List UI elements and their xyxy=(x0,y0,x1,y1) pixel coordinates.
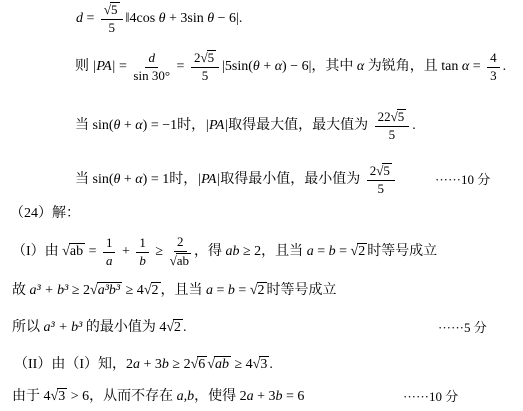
var-alpha: α xyxy=(357,59,364,76)
math-line-4: 当 sin(θ + α) = 1时，|PA|取得最小值，最小值为 2√55 ··… xyxy=(0,158,523,202)
score-mark: ······10 分 xyxy=(403,389,458,405)
cn-text: 时等号成立 xyxy=(267,283,337,300)
radicand: 2 xyxy=(173,319,183,337)
var-b: b xyxy=(276,389,283,406)
var-theta: θ xyxy=(159,11,166,28)
score-mark: ······10 分 xyxy=(435,172,490,188)
var-theta: θ xyxy=(253,59,260,76)
radicand: 3 xyxy=(259,356,269,374)
math-text: ≥ 2 xyxy=(68,283,90,300)
cn-text: 当 sin( xyxy=(75,118,114,135)
math-text: + xyxy=(118,244,133,261)
cn-text: （24）解： xyxy=(10,206,80,223)
radicand: 5 xyxy=(397,109,407,125)
numerator: 4 xyxy=(487,51,500,68)
math-text: ‖4cos xyxy=(126,11,159,28)
numerator: 2√5 xyxy=(191,50,219,68)
denominator: 5 xyxy=(389,127,396,143)
math-text: = xyxy=(235,283,250,300)
math-text: + xyxy=(120,172,135,189)
cn-text: ，其中 xyxy=(311,59,357,76)
radicand: 5 xyxy=(382,163,392,179)
cn-text: 的最小值为 4 xyxy=(82,320,166,337)
math-text: = xyxy=(116,59,131,76)
var-a: a xyxy=(133,357,140,374)
cn-text: 为锐角，且 tan xyxy=(364,59,462,76)
cn-text: ，得 xyxy=(194,244,226,261)
cn-text: ) = 1时， xyxy=(143,172,198,189)
denominator: 5 xyxy=(378,181,385,197)
fraction: 2√ab xyxy=(170,235,191,269)
numerator: √5 xyxy=(101,2,123,20)
var-b: b xyxy=(329,244,336,261)
fraction: dsin 30° xyxy=(133,51,170,84)
denominator: 5 xyxy=(108,20,115,36)
numerator: 22√5 xyxy=(375,109,410,127)
cn-text: > 6，从而不存在 xyxy=(67,389,176,406)
radicand: 2 xyxy=(151,282,161,300)
var-b: b xyxy=(228,283,235,300)
math-text: = xyxy=(173,59,188,76)
radicand: 2 xyxy=(257,282,267,300)
denominator: b xyxy=(139,253,146,269)
math-text: = 6 xyxy=(283,389,305,406)
cn-text: 所以 xyxy=(12,320,44,337)
coefficient: 22 xyxy=(378,110,391,125)
solution-label: （24）解： xyxy=(0,204,523,224)
cn-text: 当 sin( xyxy=(75,172,114,189)
math-text: + 3sin xyxy=(166,11,208,28)
radicand: a³b³ xyxy=(97,282,122,300)
fraction: 2√55 xyxy=(191,50,219,84)
var-theta: θ xyxy=(207,11,214,28)
sqrt: √a³b³ xyxy=(90,282,122,300)
var-ab: ab xyxy=(226,244,240,261)
radicand: ab xyxy=(176,253,191,269)
math-text: + 3 xyxy=(254,389,276,406)
fraction: √55 xyxy=(101,2,123,36)
math-text: = xyxy=(85,244,100,261)
var-ab: a,b xyxy=(177,389,195,406)
math-text: . xyxy=(183,320,187,337)
fraction: 1a xyxy=(103,236,116,269)
sqrt: √3 xyxy=(51,388,68,406)
score-mark: ······5 分 xyxy=(438,320,487,336)
math-line-3: 当 sin(θ + α) = −1时，|PA|取得最大值，最大值为 22√55. xyxy=(0,104,523,148)
math-text: ≥ 4 xyxy=(231,357,253,374)
math-text: ≥ 2 xyxy=(169,357,191,374)
denominator: sin 30° xyxy=(133,68,170,84)
fraction: 22√55 xyxy=(375,109,410,143)
math-line-10: 由于 4√3 > 6，从而不存在 a,b，使得 2a + 3b = 6 ····… xyxy=(0,384,523,410)
cn-text: 取得最小值，最小值为 xyxy=(220,172,364,189)
math-line-6: （I）由 √ab = 1a + 1b ≥ 2√ab，得 ab ≥ 2，且当 a … xyxy=(0,229,523,275)
radicand: 5 xyxy=(110,2,120,18)
numerator: 2√5 xyxy=(367,163,395,181)
numerator: 1 xyxy=(136,236,149,253)
math-text: . xyxy=(412,118,416,135)
math-text: = xyxy=(336,244,351,261)
cn-text: （I）由 xyxy=(12,244,62,261)
numerator: d xyxy=(145,51,158,68)
math-text: + xyxy=(120,118,135,135)
denominator: a xyxy=(106,253,113,269)
var-a: a xyxy=(307,244,314,261)
math-line-1: d = √55‖4cos θ + 3sin θ − 6|. xyxy=(0,0,523,38)
expr-a3-b3: a³ + b³ xyxy=(30,283,69,300)
math-text: ≥ xyxy=(152,244,167,261)
var-a: a xyxy=(206,283,213,300)
sqrt: √6 xyxy=(191,356,208,374)
fraction: 1b xyxy=(136,236,149,269)
math-text: ) − 6| xyxy=(282,59,311,76)
var-alpha: α xyxy=(135,118,142,135)
math-line-8: 所以 a³ + b³ 的最小值为 4√2. ······5 分 xyxy=(0,315,523,341)
math-text: + 3 xyxy=(140,357,162,374)
math-text: . xyxy=(503,59,507,76)
math-text: = xyxy=(213,283,228,300)
sqrt: √2 xyxy=(351,243,368,261)
cn-text: ，且当 xyxy=(161,283,207,300)
document-page: d = √55‖4cos θ + 3sin θ − 6|. 则 |PA| = d… xyxy=(0,0,523,411)
math-text: . xyxy=(269,357,273,374)
denominator: 3 xyxy=(490,68,497,84)
sqrt: √2 xyxy=(166,319,183,337)
sqrt: √ab xyxy=(62,243,85,261)
denominator: 5 xyxy=(202,68,209,84)
cn-text: ≥ 2，且当 xyxy=(240,244,307,261)
radicand: ab xyxy=(69,243,85,261)
cn-text: 由于 4 xyxy=(12,389,51,406)
radicand: 5 xyxy=(207,50,217,66)
radicand: 3 xyxy=(57,388,67,406)
numerator: 2 xyxy=(174,235,187,252)
math-text: |5sin( xyxy=(222,59,253,76)
numerator: 1 xyxy=(103,236,116,253)
fraction: 2√55 xyxy=(367,163,395,197)
radicand: 2 xyxy=(357,243,367,261)
cn-text: ) = −1时， xyxy=(143,118,205,135)
denominator: √ab xyxy=(170,252,191,269)
radicand: 6 xyxy=(197,356,207,374)
var-alpha: α xyxy=(275,59,282,76)
math-text: = xyxy=(83,11,98,28)
math-text: = xyxy=(469,59,484,76)
sqrt: √2 xyxy=(144,282,161,300)
math-line-7: 故 a³ + b³ ≥ 2√a³b³ ≥ 4√2，且当 a = b = √2时等… xyxy=(0,278,523,304)
var-PA: |PA| xyxy=(197,172,220,189)
sqrt: √ab xyxy=(207,356,231,374)
math-text: ≥ 4 xyxy=(122,283,144,300)
expr-a3-b3: a³ + b³ xyxy=(44,320,83,337)
cn-text: 时等号成立 xyxy=(367,244,437,261)
sqrt: √2 xyxy=(250,282,267,300)
var-alpha: α xyxy=(462,59,469,76)
math-text: + xyxy=(260,59,275,76)
math-line-9: （II）由（I）知，2a + 3b ≥ 2√6√ab ≥ 4√3. xyxy=(0,352,523,378)
var-PA: |PA| xyxy=(93,59,116,76)
var-d: d xyxy=(148,51,155,66)
var-b: b xyxy=(162,357,169,374)
cn-text: 故 xyxy=(12,283,30,300)
radicand: ab xyxy=(214,356,231,374)
var-PA: |PA| xyxy=(205,118,228,135)
var-theta: θ xyxy=(114,118,121,135)
fraction: 43 xyxy=(487,51,500,84)
var-alpha: α xyxy=(135,172,142,189)
cn-text: 则 xyxy=(75,59,93,76)
var-d: d xyxy=(76,11,83,28)
var-a: a xyxy=(247,389,254,406)
math-text: = xyxy=(314,244,329,261)
math-text: − 6|. xyxy=(214,11,242,28)
cn-text: （II）由（I）知，2 xyxy=(14,357,133,374)
cn-text: 取得最大值，最大值为 xyxy=(228,118,372,135)
cn-text: ，使得 2 xyxy=(194,389,247,406)
sqrt: √3 xyxy=(253,356,270,374)
var-theta: θ xyxy=(114,172,121,189)
math-line-2: 则 |PA| = dsin 30° = 2√55|5sin(θ + α) − 6… xyxy=(0,45,523,89)
